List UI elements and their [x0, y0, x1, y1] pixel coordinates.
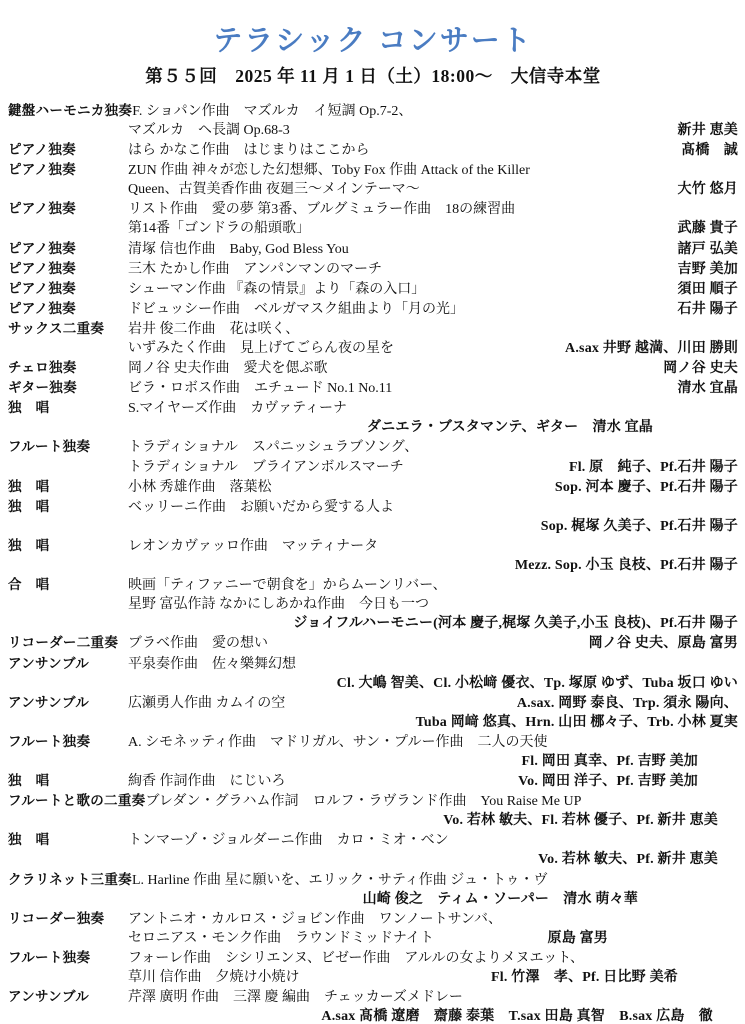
piece-text: リスト作曲 愛の夢 第3番、ブルグミュラー作曲 18の練習曲	[128, 200, 738, 219]
category-label: 独 唱	[8, 477, 128, 496]
performer-names: Sop. 梶塚 久美子、Pf.石井 陽子	[541, 517, 738, 536]
performer-names: ダニエラ・ブスタマンテ、ギター 清水 宜晶	[367, 418, 738, 437]
program-row: 草川 信作曲 夕焼け小焼け Fl. 竹澤 孝、Pf. 日比野 美希	[8, 968, 738, 987]
piece-text: いずみたく作曲 見上げてごらん夜の星を	[128, 339, 565, 358]
concert-program-page: テラシック コンサート 第５５回 2025 年 11 月 1 日（土）18:00…	[0, 0, 745, 1024]
performer-names: 石井 陽子	[678, 300, 739, 319]
program-row: Queen、古賀美香作曲 夜廻三～メインテーマ～ 大竹 悠月	[8, 180, 738, 199]
piece-text: ブラベ作曲 愛の想い	[128, 634, 589, 653]
program-row: 独 唱 絢香 作詞作曲 にじいろ Vo. 岡田 洋子、Pf. 吉野 美加	[8, 771, 738, 791]
category-label: クラリネット三重奏	[8, 870, 132, 889]
category-label: ピアノ独奏	[8, 140, 128, 159]
piece-text: S.マイヤーズ作曲 カヴァティーナ	[128, 399, 738, 418]
program-row: アンサンブル 芹澤 廣明 作曲 三澤 慶 編曲 チェッカーズメドレー	[8, 987, 738, 1007]
category-label: フルート独奏	[8, 437, 128, 456]
program-row: ピアノ独奏 三木 たかし作曲 アンパンマンのマーチ 吉野 美加	[8, 259, 738, 279]
program-row: フルート独奏 フォーレ作曲 シシリエンヌ、ビゼー作曲 アルルの女よりメヌエット、	[8, 948, 738, 968]
program-row: 独 唱 ベッリーニ作曲 お願いだから愛する人よ	[8, 497, 738, 517]
performer-names: Tuba 岡﨑 悠真、Hrn. 山田 梛々子、Trb. 小林 夏実	[416, 713, 738, 732]
category-label: ピアノ独奏	[8, 239, 128, 258]
category-label: フルート独奏	[8, 732, 128, 751]
category-label: 鍵盤ハーモニカ独奏	[8, 101, 132, 120]
piece-text: アントニオ・カルロス・ジョビン作曲 ワンノートサンバ、	[128, 910, 738, 929]
performer-names: Fl. 原 純子、Pf.石井 陽子	[569, 458, 738, 477]
piece-text: ドビュッシー作曲 ベルガマスク組曲より「月の光」	[128, 300, 678, 319]
program-row: チェロ独奏 岡ノ谷 史夫作曲 愛犬を偲ぶ歌 岡ノ谷 史夫	[8, 358, 738, 378]
program-row: フルート独奏 トラディショナル スパニッシュラブソング、	[8, 437, 738, 457]
piece-text: 星野 富弘作詩 なかにしあかね作曲 今日も一つ	[128, 595, 738, 614]
category-label: アンサンブル	[8, 693, 128, 712]
program-row: フルート独奏 A. シモネッティ作曲 マドリガル、サン・プルー作曲 二人の天使	[8, 732, 738, 752]
program-row: Vo. 若林 敏夫、Pf. 新井 恵美	[8, 850, 738, 869]
category-label: ギター独奏	[8, 378, 128, 397]
category-label: リコーダー独奏	[8, 909, 128, 928]
program-row: 山崎 俊之 ティム・ソーパー 清水 萌々華	[8, 890, 738, 909]
program-row: セロニアス・モンク作曲 ラウンドミッドナイト 原島 富男	[8, 929, 738, 948]
category-label: ピアノ独奏	[8, 160, 128, 179]
program-row: リコーダー二重奏 ブラベ作曲 愛の想い 岡ノ谷 史夫、原島 富男	[8, 633, 738, 653]
performer-names: 山崎 俊之 ティム・ソーパー 清水 萌々華	[363, 890, 738, 909]
piece-text: F. ショパン作曲 マズルカ イ短調 Op.7-2、	[132, 102, 738, 121]
piece-text: ビラ・ロボス作曲 エチュード No.1 No.11	[128, 379, 678, 398]
program-row: 合 唱 映画「ティファニーで朝食を」からムーンリバー、	[8, 575, 738, 595]
piece-text: シューマン作曲 『森の情景』より「森の入口」	[128, 280, 678, 299]
category-label: 独 唱	[8, 497, 128, 516]
piece-text: 岡ノ谷 史夫作曲 愛犬を偲ぶ歌	[128, 359, 663, 378]
program-row: Cl. 大嶋 智美、Cl. 小松﨑 優衣、Tp. 塚原 ゆず、Tuba 坂口 ゆ…	[8, 674, 738, 693]
performer-names: Vo. 岡田 洋子、Pf. 吉野 美加	[518, 772, 738, 791]
performer-names: 吉野 美加	[678, 260, 739, 279]
program-row: サックス二重奏 岩井 俊二作曲 花は咲く、	[8, 319, 738, 339]
program-row: Tuba 岡﨑 悠真、Hrn. 山田 梛々子、Trb. 小林 夏実	[8, 713, 738, 732]
program-row: ピアノ独奏 はら かなこ作曲 はじまりはここから 髙橋 誠	[8, 140, 738, 160]
piece-text: ベッリーニ作曲 お願いだから愛する人よ	[128, 498, 738, 517]
performer-names: 新井 恵美	[678, 121, 739, 140]
performer-names: Vo. 若林 敏夫、Pf. 新井 恵美	[538, 850, 738, 869]
program-row: アンサンブル 平泉奏作曲 佐々樂舞幻想	[8, 654, 738, 674]
category-label: アンサンブル	[8, 987, 128, 1006]
piece-text: 映画「ティファニーで朝食を」からムーンリバー、	[128, 576, 738, 595]
performer-names: 髙橋 誠	[681, 141, 738, 160]
program-row: 鍵盤ハーモニカ独奏 F. ショパン作曲 マズルカ イ短調 Op.7-2、	[8, 101, 738, 121]
performer-names: 大竹 悠月	[678, 180, 739, 199]
performer-names: 須田 順子	[678, 280, 739, 299]
program-row: ピアノ独奏 シューマン作曲 『森の情景』より「森の入口」 須田 順子	[8, 279, 738, 299]
program-row: 独 唱 トンマーゾ・ジョルダーニ作曲 カロ・ミオ・ベン	[8, 830, 738, 850]
program-row: ピアノ独奏 ドビュッシー作曲 ベルガマスク組曲より「月の光」 石井 陽子	[8, 299, 738, 319]
program-row: 独 唱 S.マイヤーズ作曲 カヴァティーナ	[8, 398, 738, 418]
program-row: ピアノ独奏 リスト作曲 愛の夢 第3番、ブルグミュラー作曲 18の練習曲	[8, 199, 738, 219]
program-row: いずみたく作曲 見上げてごらん夜の星を A.sax 井野 越満、川田 勝則	[8, 339, 738, 358]
piece-text: 芹澤 廣明 作曲 三澤 慶 編曲 チェッカーズメドレー	[128, 988, 738, 1007]
category-label: ピアノ独奏	[8, 299, 128, 318]
program-row: フルートと歌の二重奏 ブレダン・グラハム作詞 ロルフ・ラヴランド作曲 You R…	[8, 791, 738, 811]
category-label: フルート独奏	[8, 948, 128, 967]
piece-text: 平泉奏作曲 佐々樂舞幻想	[128, 655, 738, 674]
piece-text: ブレダン・グラハム作詞 ロルフ・ラヴランド作曲 You Raise Me UP	[145, 792, 738, 811]
piece-text: 広瀬勇人作曲 カムイの空	[128, 694, 517, 713]
performer-names: Vo. 若林 敏夫、Fl. 若林 優子、Pf. 新井 恵美	[443, 811, 738, 830]
piece-text: A. シモネッティ作曲 マドリガル、サン・プルー作曲 二人の天使	[128, 733, 738, 752]
piece-text: トラディショナル スパニッシュラブソング、	[128, 438, 738, 457]
program-row: Mezz. Sop. 小玉 良枝、Pf.石井 陽子	[8, 556, 738, 575]
program-row: Fl. 岡田 真幸、Pf. 吉野 美加	[8, 752, 738, 771]
piece-text: トンマーゾ・ジョルダーニ作曲 カロ・ミオ・ベン	[128, 831, 738, 850]
piece-text: トラディショナル ブライアンボルスマーチ	[128, 458, 569, 477]
piece-text: 絢香 作詞作曲 にじいろ	[128, 772, 518, 791]
program-row: ジョイフルハーモニー(河本 慶子,梶塚 久美子,小玉 良枝)、Pf.石井 陽子	[8, 614, 738, 633]
program-row: 星野 富弘作詩 なかにしあかね作曲 今日も一つ	[8, 595, 738, 614]
program-row: ダニエラ・ブスタマンテ、ギター 清水 宜晶	[8, 418, 738, 437]
piece-text: 草川 信作曲 夕焼け小焼け	[128, 968, 491, 987]
piece-text: マズルカ ヘ長調 Op.68-3	[128, 121, 678, 140]
performer-names: 武藤 貴子	[678, 219, 739, 238]
program-row: マズルカ ヘ長調 Op.68-3 新井 恵美	[8, 121, 738, 140]
program-row: アンサンブル 広瀬勇人作曲 カムイの空 A.sax. 岡野 泰良、Trp. 須永…	[8, 693, 738, 713]
piece-text: 岩井 俊二作曲 花は咲く、	[128, 320, 738, 339]
performer-names: Fl. 岡田 真幸、Pf. 吉野 美加	[522, 752, 738, 771]
program-row: Vo. 若林 敏夫、Fl. 若林 優子、Pf. 新井 恵美	[8, 811, 738, 830]
category-label: 独 唱	[8, 536, 128, 555]
piece-text: Queen、古賀美香作曲 夜廻三～メインテーマ～	[128, 180, 678, 199]
category-label: リコーダー二重奏	[8, 633, 128, 652]
program-row: トラディショナル ブライアンボルスマーチ Fl. 原 純子、Pf.石井 陽子	[8, 458, 738, 477]
program-row: A.sax 髙橋 遼磨 齋藤 泰葉 T.sax 田島 真智 B.sax 広島 徹	[8, 1007, 738, 1024]
category-label: サックス二重奏	[8, 319, 128, 338]
performer-names: 岡ノ谷 史夫、原島 富男	[589, 634, 738, 653]
page-title: テラシック コンサート	[8, 26, 738, 58]
category-label: 独 唱	[8, 771, 128, 790]
program-row: 独 唱 レオンカヴァッロ作曲 マッティナータ	[8, 536, 738, 556]
category-label: チェロ独奏	[8, 358, 128, 377]
program-row: Sop. 梶塚 久美子、Pf.石井 陽子	[8, 517, 738, 536]
category-label: フルートと歌の二重奏	[8, 791, 145, 810]
category-label: 合 唱	[8, 575, 128, 594]
piece-text: フォーレ作曲 シシリエンヌ、ビゼー作曲 アルルの女よりメヌエット、	[128, 949, 738, 968]
category-label: アンサンブル	[8, 654, 128, 673]
performer-names: Sop. 河本 慶子、Pf.石井 陽子	[555, 478, 738, 497]
performer-names: A.sax 髙橋 遼磨 齋藤 泰葉 T.sax 田島 真智 B.sax 広島 徹	[321, 1007, 738, 1024]
piece-text: L. Harline 作曲 星に願いを、エリック・サティ作曲 ジュ・トゥ・ヴ	[132, 871, 738, 890]
piece-text: 三木 たかし作曲 アンパンマンのマーチ	[128, 260, 678, 279]
program-row: 独 唱 小林 秀雄作曲 落葉松 Sop. 河本 慶子、Pf.石井 陽子	[8, 477, 738, 497]
program-row: 第14番「ゴンドラの船頭歌」 武藤 貴子	[8, 219, 738, 238]
program-row: リコーダー独奏 アントニオ・カルロス・ジョビン作曲 ワンノートサンバ、	[8, 909, 738, 929]
program-row: ギター独奏 ビラ・ロボス作曲 エチュード No.1 No.11 清水 宜晶	[8, 378, 738, 398]
category-label: ピアノ独奏	[8, 199, 128, 218]
performer-names: Fl. 竹澤 孝、Pf. 日比野 美希	[491, 968, 738, 987]
performer-names: 岡ノ谷 史夫	[663, 359, 738, 378]
category-label: ピアノ独奏	[8, 259, 128, 278]
piece-text: 第14番「ゴンドラの船頭歌」	[128, 219, 678, 238]
performer-names: 清水 宜晶	[678, 379, 739, 398]
performer-names: 諸戸 弘美	[678, 240, 739, 259]
performer-names: A.sax 井野 越満、川田 勝則	[565, 339, 738, 358]
piece-text: セロニアス・モンク作曲 ラウンドミッドナイト	[128, 929, 548, 948]
category-label: 独 唱	[8, 830, 128, 849]
performer-names: ジョイフルハーモニー(河本 慶子,梶塚 久美子,小玉 良枝)、Pf.石井 陽子	[293, 614, 738, 633]
performer-names: A.sax. 岡野 泰良、Trp. 須永 陽向、	[517, 694, 738, 713]
performer-names: 原島 富男	[548, 929, 739, 948]
piece-text: 小林 秀雄作曲 落葉松	[128, 478, 555, 497]
piece-text: はら かなこ作曲 はじまりはここから	[128, 141, 681, 160]
performer-names: Cl. 大嶋 智美、Cl. 小松﨑 優衣、Tp. 塚原 ゆず、Tuba 坂口 ゆ…	[337, 674, 738, 693]
program-row: クラリネット三重奏 L. Harline 作曲 星に願いを、エリック・サティ作曲…	[8, 870, 738, 890]
program-list: 鍵盤ハーモニカ独奏 F. ショパン作曲 マズルカ イ短調 Op.7-2、 マズル…	[8, 101, 738, 1024]
category-label: ピアノ独奏	[8, 279, 128, 298]
program-row: ピアノ独奏 清塚 信也作曲 Baby, God Bless You 諸戸 弘美	[8, 239, 738, 259]
performer-names: Mezz. Sop. 小玉 良枝、Pf.石井 陽子	[515, 556, 738, 575]
program-row: ピアノ独奏 ZUN 作曲 神々が恋した幻想郷、Toby Fox 作曲 Attac…	[8, 160, 738, 180]
piece-text: レオンカヴァッロ作曲 マッティナータ	[128, 537, 738, 556]
event-date-venue: 第５５回 2025 年 11 月 1 日（土）18:00～ 大信寺本堂	[8, 66, 738, 87]
piece-text: 清塚 信也作曲 Baby, God Bless You	[128, 240, 678, 259]
piece-text: ZUN 作曲 神々が恋した幻想郷、Toby Fox 作曲 Attack of t…	[128, 161, 738, 180]
category-label: 独 唱	[8, 398, 128, 417]
